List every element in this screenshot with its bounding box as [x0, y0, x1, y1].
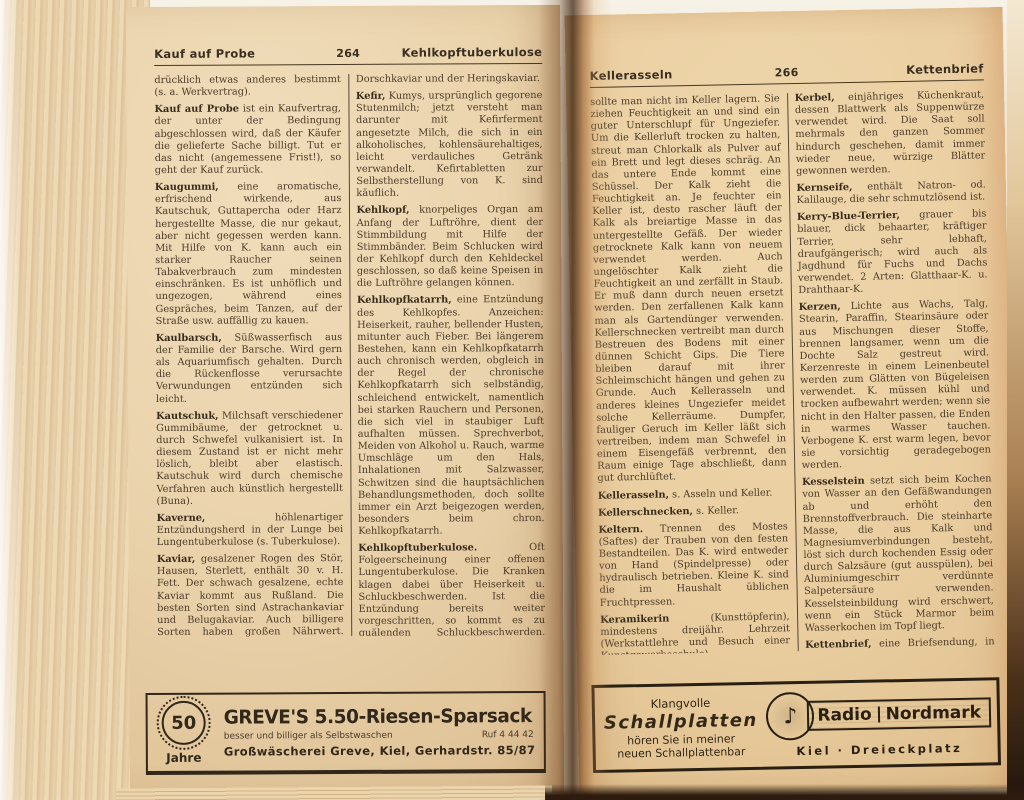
entry-kautschuk: Kautschuk, Milchsaft verschiedener Gummi…	[156, 410, 343, 508]
entry-kaugummi: Kaugummi, eine aromatische, erfrischend …	[155, 181, 342, 328]
entry-term: Kefir,	[356, 91, 386, 102]
brand-banner: Radio Nordmark	[807, 697, 991, 731]
running-head-first-entry: Kellerasseln	[590, 66, 767, 83]
advert-subline-row: besser und billiger als Selbstwaschen Ru…	[224, 730, 534, 742]
right-page: Kellerasseln 266 Kettenbrief sollte man …	[565, 7, 1018, 797]
brand-name-right: Nordmark	[885, 703, 981, 725]
book-gutter-shadow	[538, 0, 612, 800]
advert-greve-sparsack: 50 Jahre GREVE'S 5.50-Riesen-Sparsack be…	[146, 691, 546, 775]
advert-address: Großwäscherei Greve, Kiel, Gerhardstr. 8…	[224, 743, 534, 759]
left-running-head: Kauf auf Probe 264 Kehlkopftuberkulose	[154, 45, 542, 61]
entry-kauf-auf-probe: Kauf auf Probe ist ein Kaufvertrag, der …	[154, 103, 341, 177]
entry-term: Kehlkopf,	[356, 205, 409, 216]
entry-term: Kaugummi,	[155, 182, 219, 193]
entry-text: sollte man nicht im Keller lagern. Sie z…	[590, 93, 787, 484]
bottom-page-stack-edge	[116, 785, 552, 800]
entry-term: Kauf auf Probe	[154, 104, 239, 115]
entry-kefir: Kefir, Kumys, ursprünglich gegorene Stut…	[356, 90, 543, 200]
entry-keltern: Keltern. Trennen des Mostes (Saftes) der…	[598, 521, 789, 610]
right-page-column-1: sollte man nicht im Keller lagern. Sie z…	[590, 93, 798, 655]
entry-term: Kellerschnecken,	[598, 506, 693, 519]
entry-kaulbarsch: Kaulbarsch, Süßwasserfisch aus der Famil…	[156, 332, 343, 406]
entry-kaviar: Kaviar, gesalzener Rogen des Stör, Hause…	[157, 553, 344, 637]
entry-kellerschnecken: Kellerschnecken, s. Keller.	[598, 504, 788, 520]
page-number: 266	[767, 66, 807, 80]
entry-kellerasseln: Kellerasseln, s. Asseln und Keller.	[598, 487, 788, 503]
header-rule	[154, 63, 542, 66]
book-scan-photo: Kauf auf Probe 264 Kehlkopftuberkulose d…	[0, 0, 1024, 800]
brand-name-left: Radio	[817, 705, 872, 726]
continuation-paragraph: drücklich etwas anderes bestimmt (s. a. …	[154, 74, 341, 99]
continuation-paragraph: Dorschkaviar und der Heringskaviar.	[356, 73, 543, 86]
entry-text: setzt sich beim Kochen von Wasser an den…	[802, 474, 994, 634]
entry-text: eine aromatische, erfrischend wirkende, …	[155, 181, 342, 327]
entry-term: Kerry-Blue-Terrier,	[797, 210, 900, 223]
entry-kerbel: Kerbel, einjähriges Küchenkraut, dessen …	[795, 89, 986, 178]
entry-text: gesalzener Rogen des Stör, Hausen, Sterl…	[157, 553, 344, 637]
entry-kehlkopfkatarrh: Kehlkopfkatarrh, eine Entzündung des Keh…	[357, 294, 545, 538]
entry-kesselstein: Kesselstein setzt sich beim Kochen von W…	[802, 474, 994, 635]
continuation-paragraph: sollte man nicht im Keller lagern. Sie z…	[590, 93, 787, 485]
right-page-edge-shadow	[1007, 0, 1024, 800]
left-page-column-2: Dorschkaviar und der Heringskaviar. Kefi…	[349, 73, 545, 636]
entry-text: Oft Folgeerscheinung einer offenen Lunge…	[358, 542, 545, 636]
brand-divider	[878, 707, 880, 723]
advert-phone: Ruf 4 44 42	[482, 730, 534, 740]
advert-line-schallplatten: Schallplatten	[601, 709, 761, 733]
running-head-last-entry: Kehlkopftuberkulose	[368, 45, 542, 60]
entry-kehlkopftuberkulose: Kehlkopftuberkulose. Oft Folgeerscheinun…	[358, 542, 545, 636]
entry-text: drücklich etwas anderes bestimmt (s. a. …	[154, 74, 341, 98]
advert-subline: besser und billiger als Selbstwaschen	[224, 731, 393, 742]
entry-text: s. Keller.	[693, 505, 739, 517]
entry-text: knorpeliges Organ am Anfang der Luftröhr…	[357, 204, 544, 289]
badge-number: 50	[171, 712, 196, 733]
advert-radio-nordmark: Klangvolle Schallplatten hören Sie in me…	[591, 677, 1001, 773]
advert-title: GREVE'S 5.50-Riesen-Sparsack	[224, 705, 525, 729]
advert-text-block: GREVE'S 5.50-Riesen-Sparsack besser und …	[224, 705, 534, 759]
logo-row: ♪ Radio Nordmark	[766, 688, 991, 740]
left-page-content: Kauf auf Probe 264 Kehlkopftuberkulose d…	[126, 5, 564, 795]
bottom-shadow	[545, 784, 1024, 800]
entry-kettenbrief: Kettenbrief, eine Briefsendung, in der v…	[805, 636, 995, 651]
entry-text: eine Entzündung des Kehlkopfes. Anzeiche…	[357, 294, 545, 537]
entry-term: Kaulbarsch,	[156, 332, 222, 343]
entry-text: Lichte aus Wachs, Talg, Stearin, Paraffi…	[799, 299, 991, 471]
entry-term: Kerzen,	[799, 301, 841, 313]
entry-keramikerin: Keramikerin (Kunsttöpferin), mindestens …	[600, 611, 792, 655]
entry-term: Kaverne,	[157, 513, 206, 524]
page-number: 264	[328, 47, 368, 60]
running-head-last-entry: Kettenbrief	[806, 61, 983, 78]
entry-kerry-blue-terrier: Kerry-Blue-Terrier, grauer bis blauer, d…	[797, 209, 988, 298]
entry-term: Kerbel,	[795, 92, 835, 104]
left-page-column-1: drücklich etwas anderes bestimmt (s. a. …	[154, 74, 351, 637]
entry-kaverne: Kaverne, höhlenartiger Entzündungsherd i…	[157, 512, 344, 549]
entry-text: s. Asseln und Keller.	[669, 487, 773, 500]
anniversary-badge: 50 Jahre	[156, 701, 212, 765]
entry-term: Kesselstein	[802, 476, 865, 488]
right-page-column-2: Kerbel, einjähriges Küchenkraut, dessen …	[788, 89, 995, 651]
entry-term: Kehlkopfkatarrh,	[357, 295, 452, 306]
running-head-first-entry: Kauf auf Probe	[154, 46, 328, 61]
entry-text: Milchsaft verschiedener Gummibäume, der …	[156, 410, 343, 507]
treble-clef-glyph: ♪	[783, 704, 798, 729]
advert-city-line: Kiel · Dreieckplatz	[796, 741, 962, 758]
advert-text-block: Klangvolle Schallplatten hören Sie in me…	[601, 694, 762, 760]
left-page-columns: drücklich etwas anderes bestimmt (s. a. …	[154, 73, 545, 637]
entry-text: Kumys, ursprünglich gegorene Stutenmilch…	[356, 90, 543, 199]
right-page-columns: sollte man nicht im Keller lagern. Sie z…	[590, 89, 995, 654]
entry-term: Kernseife,	[796, 182, 852, 194]
entry-term: Kautschuk,	[156, 410, 218, 421]
entry-term: Kaviar,	[157, 554, 196, 565]
left-page: Kauf auf Probe 264 Kehlkopftuberkulose d…	[126, 5, 564, 795]
badge-label: Jahre	[156, 751, 212, 765]
entry-term: Kettenbrief,	[805, 639, 872, 651]
advert-logo-block: ♪ Radio Nordmark Kiel · Dreieckplatz	[766, 688, 992, 758]
entry-kerzen: Kerzen, Lichte aus Wachs, Talg, Stearin,…	[799, 299, 992, 473]
entry-term: Kehlkopftuberkulose.	[358, 543, 477, 555]
entry-kernseife: Kernseife, enthält Natron- od. Kalilauge…	[796, 179, 986, 207]
advert-line: neuen Schallplattenbar	[602, 744, 762, 760]
entry-kehlkopf: Kehlkopf, knorpeliges Organ am Anfang de…	[356, 204, 543, 290]
laurel-wreath-icon: 50	[162, 701, 206, 745]
entry-text: Dorschkaviar und der Heringskaviar.	[356, 73, 540, 85]
treble-clef-icon: ♪	[766, 692, 815, 741]
